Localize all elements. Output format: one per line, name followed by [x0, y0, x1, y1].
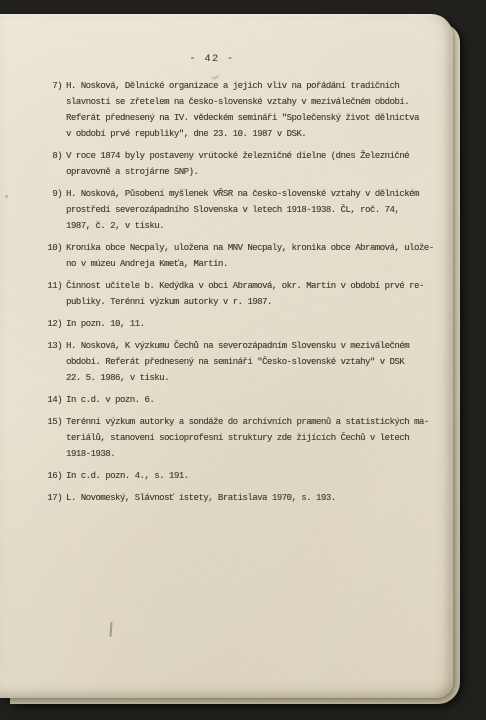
footnote-text: In pozn. 10, 11.: [66, 316, 144, 332]
footnote-text: H. Nosková, Působení myšlenek VŘSR na če…: [66, 186, 419, 234]
footnote-item: 8) V roce 1874 byly postaveny vrútocké ž…: [40, 148, 448, 180]
footnote-item: 14) In c.d. v pozn. 6.: [40, 392, 448, 408]
footnote-number: 12): [40, 316, 66, 332]
footnote-text: Kronika obce Necpaly, uložena na MNV Nec…: [66, 240, 434, 272]
footnote-item: 11) Činnost učitele b. Kedýdka v obci Ab…: [40, 278, 448, 310]
footnote-item: 15) Terénní výzkum autorky a sondáže do …: [40, 414, 448, 462]
scan-stage: - 42 - 7) H. Nosková, Dělnické organizac…: [0, 0, 486, 720]
footnote-item: 7) H. Nosková, Dělnické organizace a jej…: [40, 78, 448, 142]
footnote-item: 10) Kronika obce Necpaly, uložena na MNV…: [40, 240, 448, 272]
footnote-list: 7) H. Nosková, Dělnické organizace a jej…: [0, 78, 452, 512]
page-number: - 42 -: [0, 54, 424, 65]
footnote-text: In c.d. pozn. 4., s. 191.: [66, 468, 189, 484]
footnote-number: 9): [40, 186, 66, 234]
footnote-number: 13): [40, 338, 66, 386]
scan-background: { "colors": { "background": "#21201d", "…: [0, 0, 486, 720]
footnote-item: 16) In c.d. pozn. 4., s. 191.: [40, 468, 448, 484]
footnote-text: Terénní výzkum autorky a sondáže do arch…: [66, 414, 429, 462]
footnote-text: H. Nosková, K výzkumu Čechů na severozáp…: [66, 338, 409, 386]
footnote-text: L. Novomeský, Slávnosť istety, Bratislav…: [66, 490, 336, 506]
footnote-number: 7): [40, 78, 66, 142]
footnote-number: 15): [40, 414, 66, 462]
footnote-item: 13) H. Nosková, K výzkumu Čechů na sever…: [40, 338, 448, 386]
footnote-number: 16): [40, 468, 66, 484]
footnote-text: Činnost učitele b. Kedýdka v obci Abramo…: [66, 278, 424, 310]
scan-artifact-pen-mark: [109, 622, 112, 637]
footnote-item: 9) H. Nosková, Působení myšlenek VŘSR na…: [40, 186, 448, 234]
footnote-text: V roce 1874 byly postaveny vrútocké žele…: [66, 148, 409, 180]
footnote-number: 11): [40, 278, 66, 310]
footnote-number: 17): [40, 490, 66, 506]
document-page: - 42 - 7) H. Nosková, Dělnické organizac…: [0, 14, 453, 698]
footnote-item: 12) In pozn. 10, 11.: [40, 316, 448, 332]
footnote-item: 17) L. Novomeský, Slávnosť istety, Brati…: [40, 490, 448, 506]
footnote-number: 14): [40, 392, 66, 408]
footnote-number: 10): [40, 240, 66, 272]
footnote-text: In c.d. v pozn. 6.: [66, 392, 154, 408]
footnote-text: H. Nosková, Dělnické organizace a jejich…: [66, 78, 419, 142]
footnote-number: 8): [40, 148, 66, 180]
